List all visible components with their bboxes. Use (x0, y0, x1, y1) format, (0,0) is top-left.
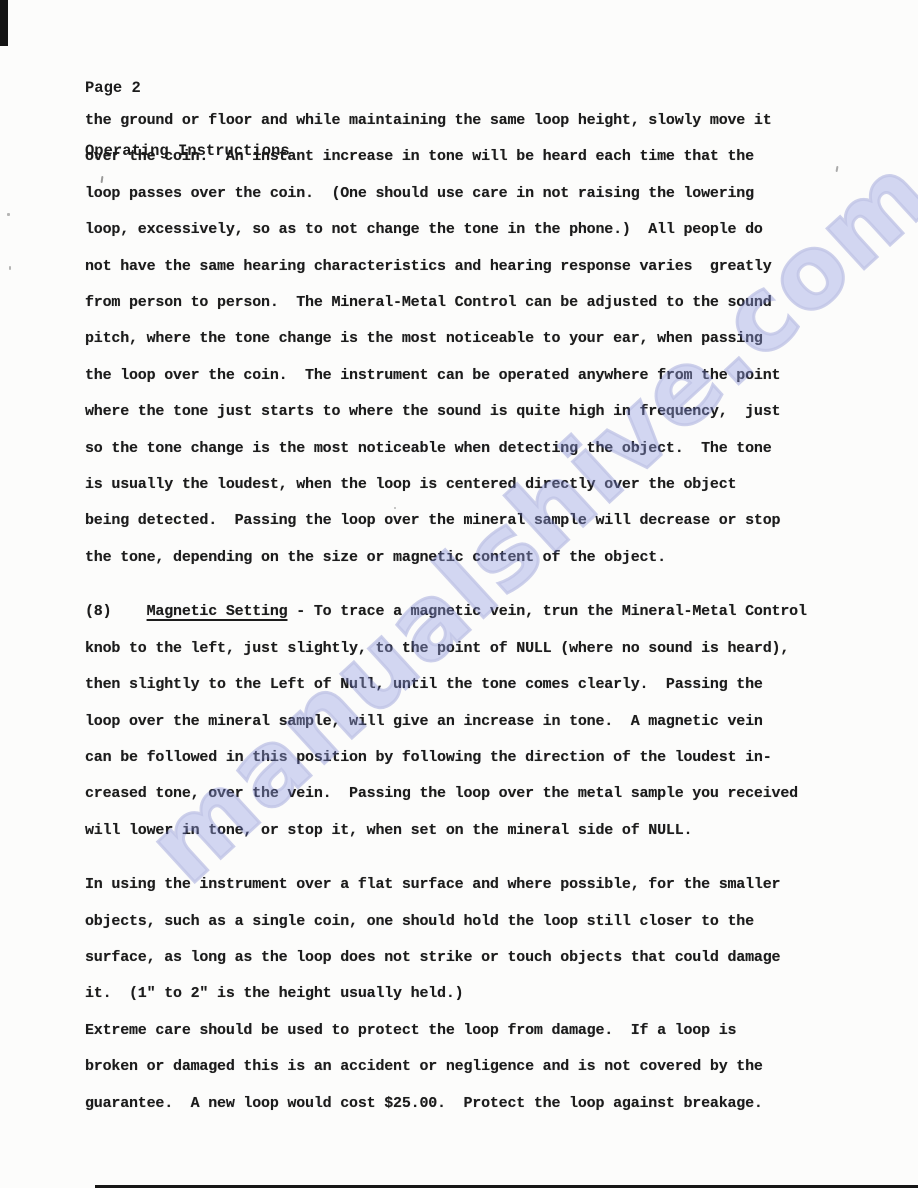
scan-speck (394, 507, 396, 509)
paragraph: the ground or floor and while maintainin… (85, 103, 875, 576)
text-line: surface, as long as the loop does not st… (85, 940, 875, 976)
document-body: the ground or floor and while maintainin… (85, 103, 875, 1122)
text-line: it. (1" to 2" is the height usually held… (85, 976, 875, 1012)
text-line: the tone, depending on the size or magne… (85, 540, 875, 576)
text-line: (8) Magnetic Setting - To trace a magnet… (85, 594, 875, 630)
text-line: In using the instrument over a flat surf… (85, 867, 875, 903)
text-line: being detected. Passing the loop over th… (85, 503, 875, 539)
text-line: loop, excessively, so as to not change t… (85, 212, 875, 248)
text-line: then slightly to the Left of Null, until… (85, 667, 875, 703)
text-line: the loop over the coin. The instrument c… (85, 358, 875, 394)
text-line: Extreme care should be used to protect t… (85, 1013, 875, 1049)
scan-speck (9, 266, 11, 270)
text-line: creased tone, over the vein. Passing the… (85, 776, 875, 812)
text-line: loop passes over the coin. (One should u… (85, 176, 875, 212)
text-line: not have the same hearing characteristic… (85, 249, 875, 285)
text-line: can be followed in this position by foll… (85, 740, 875, 776)
text-line: over the coin. An instant increase in to… (85, 139, 875, 175)
paragraph: In using the instrument over a flat surf… (85, 867, 875, 1013)
paragraph: (8) Magnetic Setting - To trace a magnet… (85, 594, 875, 849)
underlined-heading: Magnetic Setting (147, 603, 288, 620)
text-line: so the tone change is the most noticeabl… (85, 431, 875, 467)
text-line: loop over the mineral sample, will give … (85, 704, 875, 740)
page-number-label: Page 2 (85, 78, 290, 99)
text-line: broken or damaged this is an accident or… (85, 1049, 875, 1085)
text-line: from person to person. The Mineral-Metal… (85, 285, 875, 321)
text-line: the ground or floor and while maintainin… (85, 103, 875, 139)
text-line: where the tone just starts to where the … (85, 394, 875, 430)
scanned-document-page: Page 2 Operating Instructions the ground… (0, 0, 918, 1188)
text-line: is usually the loudest, when the loop is… (85, 467, 875, 503)
paragraph: Extreme care should be used to protect t… (85, 1013, 875, 1122)
text-line: guarantee. A new loop would cost $25.00.… (85, 1086, 875, 1122)
text-line: knob to the left, just slightly, to the … (85, 631, 875, 667)
scan-speck (7, 213, 10, 216)
text-segment: (8) (85, 603, 147, 620)
scan-artifact-corner (0, 0, 8, 46)
text-segment: - To trace a magnetic vein, trun the Min… (287, 603, 806, 620)
text-line: pitch, where the tone change is the most… (85, 321, 875, 357)
text-line: will lower in tone, or stop it, when set… (85, 813, 875, 849)
text-line: objects, such as a single coin, one shou… (85, 904, 875, 940)
